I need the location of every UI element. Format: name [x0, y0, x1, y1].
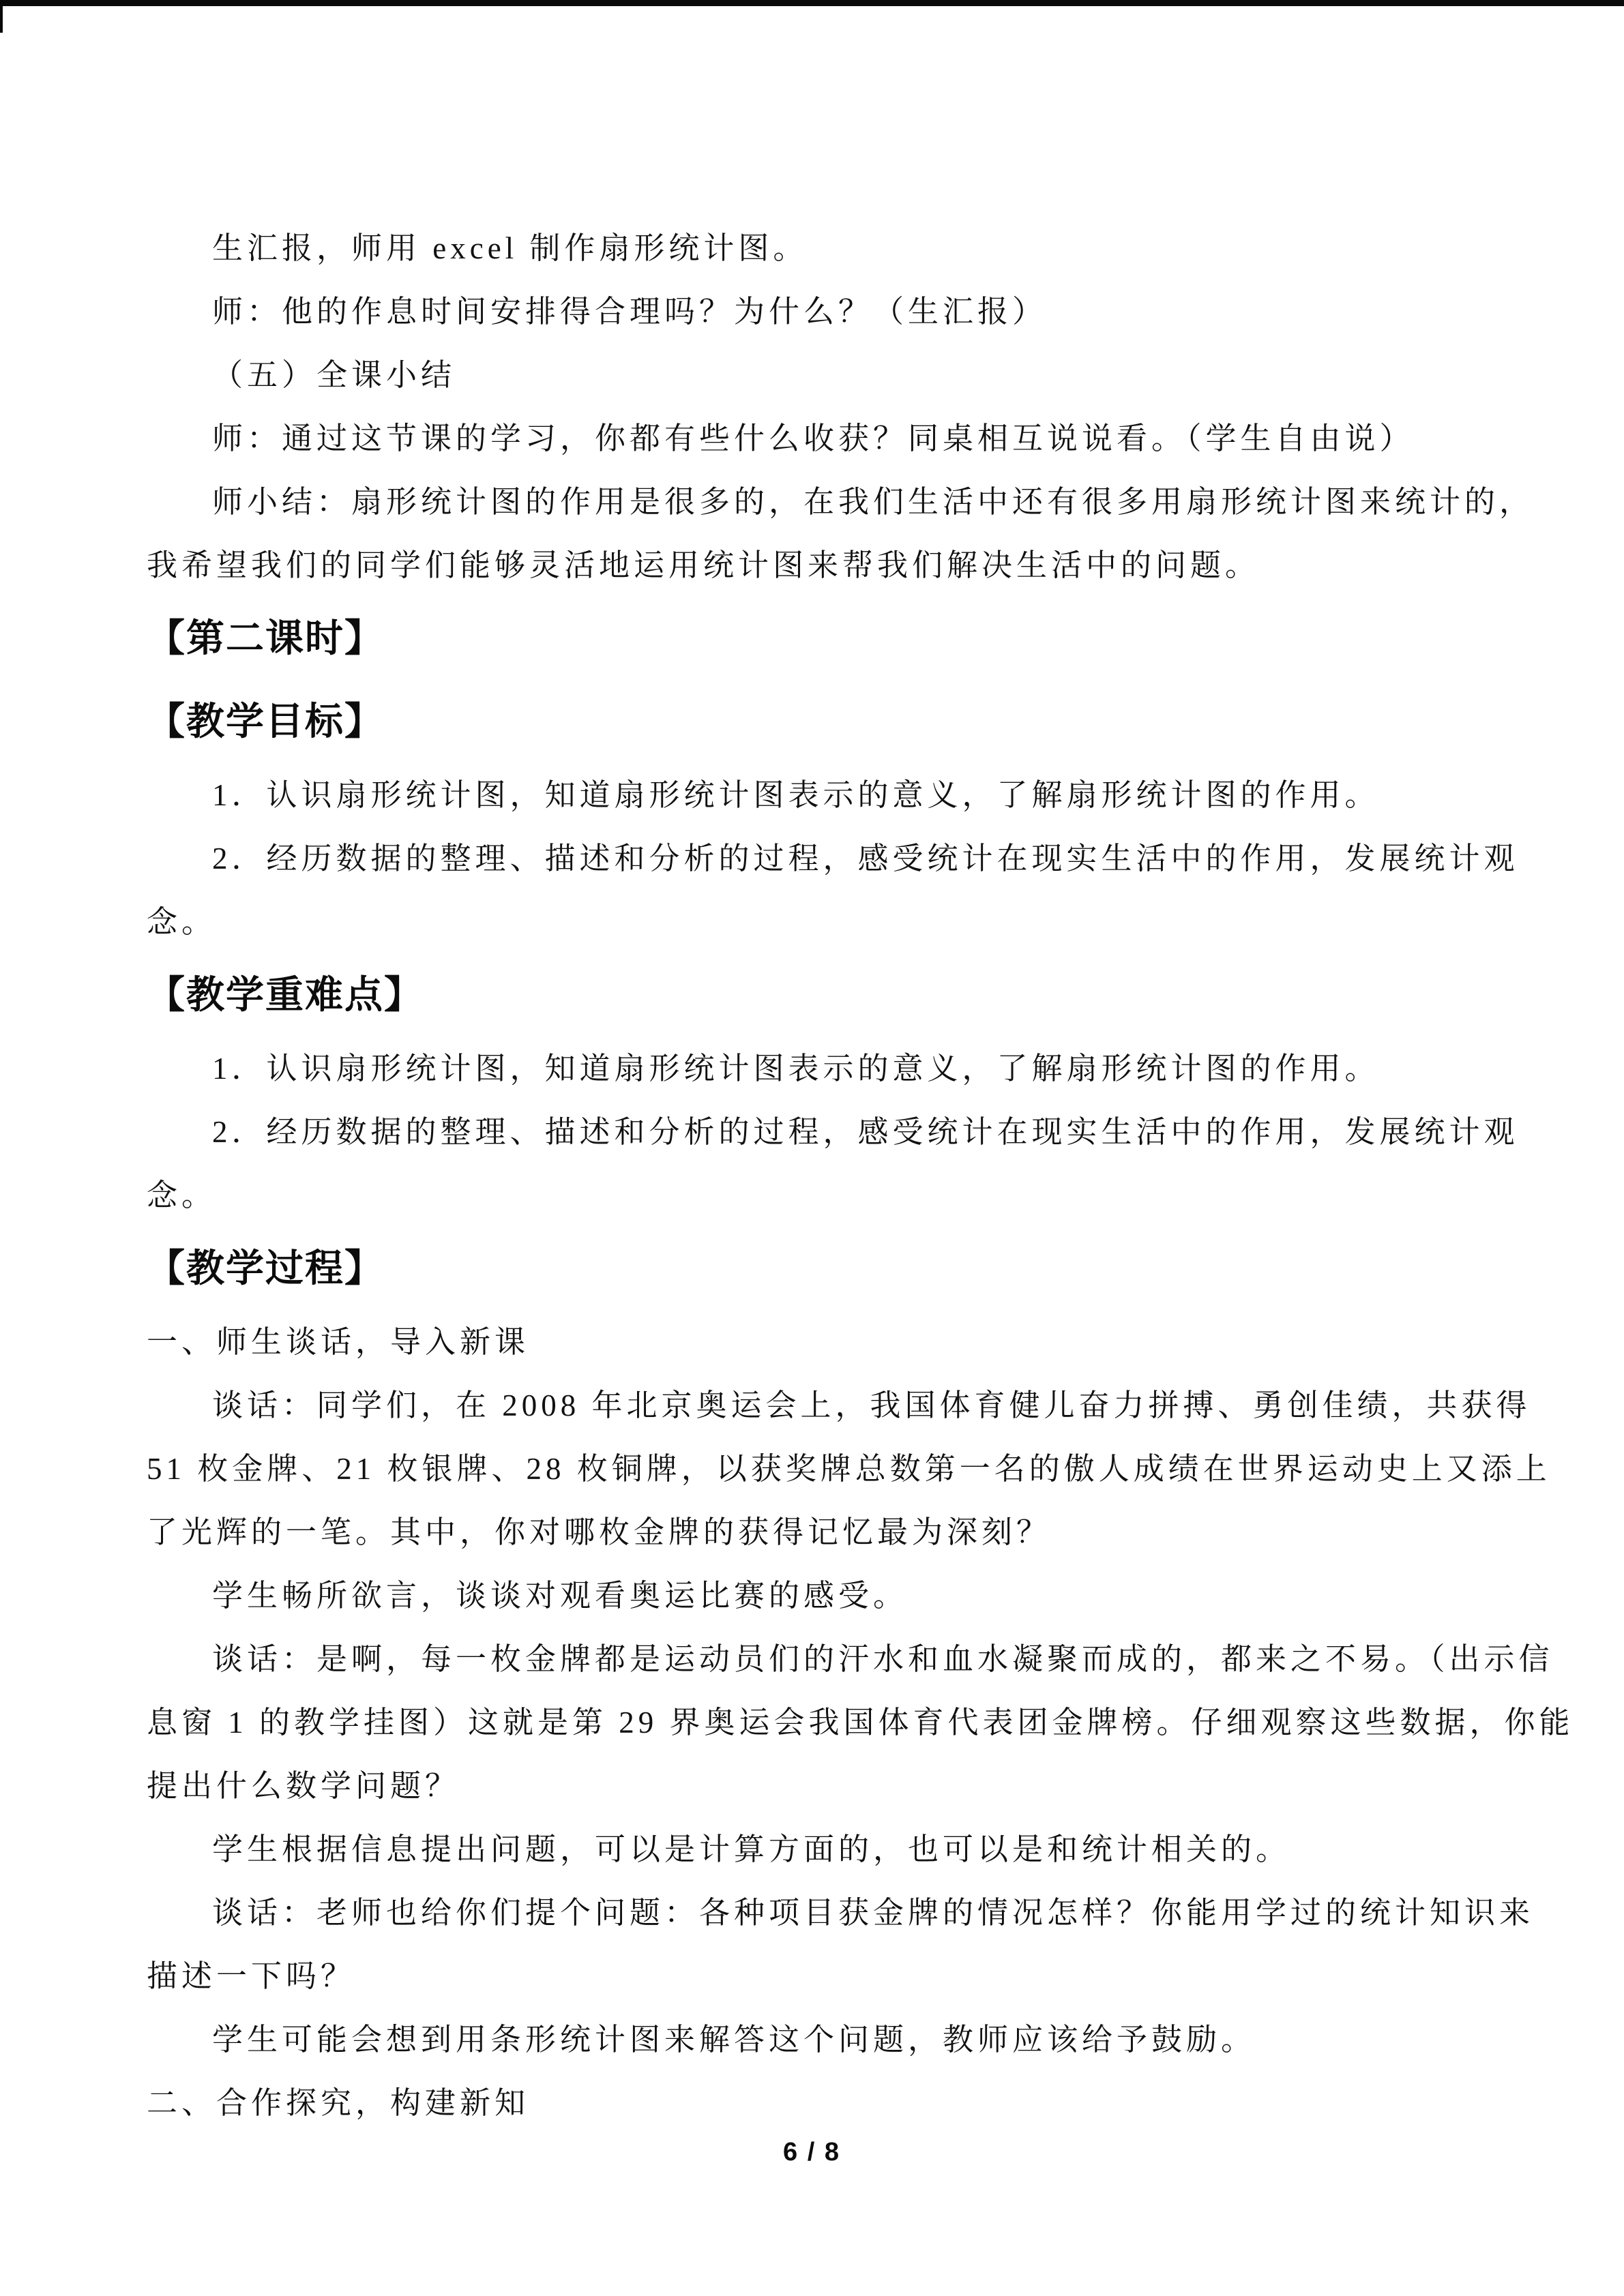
doc-line: 学生畅所欲言，谈谈对观看奥运比赛的感受。: [147, 1564, 1477, 1628]
section-heading: 【教学重难点】: [147, 954, 1477, 1037]
doc-line: 一、师生谈话，导入新课: [147, 1311, 1477, 1374]
page-number: 6 / 8: [147, 2136, 1477, 2168]
doc-line: 我希望我们的同学们能够灵活地运用统计图来帮我们解决生活中的问题。: [147, 534, 1477, 597]
doc-line: 师：他的作息时间安排得合理吗？为什么？（生汇报）: [147, 280, 1477, 344]
section-heading: 【教学过程】: [147, 1227, 1477, 1311]
doc-line: 1．认识扇形统计图，知道扇形统计图表示的意义，了解扇形统计图的作用。: [147, 764, 1477, 827]
doc-line: 师小结：扇形统计图的作用是很多的，在我们生活中还有很多用扇形统计图来统计的，: [147, 471, 1477, 534]
doc-line: 51 枚金牌、21 枚银牌、28 枚铜牌，以获奖牌总数第一名的傲人成绩在世界运动…: [147, 1437, 1477, 1501]
doc-line: 提出什么数学问题？: [147, 1755, 1477, 1818]
doc-line: 2．经历数据的整理、描述和分析的过程，感受统计在现实生活中的作用，发展统计观: [147, 1101, 1477, 1164]
doc-line: 念。: [147, 891, 1477, 954]
doc-line: 谈话：老师也给你们提个问题：各种项目获金牌的情况怎样？你能用学过的统计知识来: [147, 1881, 1477, 1945]
section-heading: 【教学目标】: [147, 681, 1477, 764]
doc-line: 生汇报，师用 excel 制作扇形统计图。: [147, 217, 1477, 280]
document-body: 生汇报，师用 excel 制作扇形统计图。 师：他的作息时间安排得合理吗？为什么…: [0, 0, 1624, 2168]
doc-line: 二、合作探究，构建新知: [147, 2072, 1477, 2135]
doc-line: （五）全课小结: [147, 344, 1477, 407]
doc-line: 谈话：同学们，在 2008 年北京奥运会上，我国体育健儿奋力拼搏、勇创佳绩，共获…: [147, 1374, 1477, 1437]
doc-line: 学生可能会想到用条形统计图来解答这个问题，教师应该给予鼓励。: [147, 2008, 1477, 2072]
doc-line: 师：通过这节课的学习，你都有些什么收获？同桌相互说说看。（学生自由说）: [147, 407, 1477, 471]
doc-line: 息窗 1 的教学挂图）这就是第 29 界奥运会我国体育代表团金牌榜。仔细观察这些…: [147, 1691, 1477, 1755]
doc-line: 学生根据信息提出问题，可以是计算方面的，也可以是和统计相关的。: [147, 1818, 1477, 1881]
doc-line: 描述一下吗？: [147, 1945, 1477, 2008]
document-page: 生汇报，师用 excel 制作扇形统计图。 师：他的作息时间安排得合理吗？为什么…: [0, 0, 1624, 2296]
doc-line: 谈话：是啊，每一枚金牌都是运动员们的汗水和血水凝聚而成的，都来之不易。（出示信: [147, 1628, 1477, 1691]
doc-line: 了光辉的一笔。其中，你对哪枚金牌的获得记忆最为深刻？: [147, 1501, 1477, 1564]
doc-line: 1．认识扇形统计图，知道扇形统计图表示的意义，了解扇形统计图的作用。: [147, 1037, 1477, 1101]
doc-line: 念。: [147, 1164, 1477, 1227]
section-heading: 【第二课时】: [147, 597, 1477, 681]
doc-line: 2．经历数据的整理、描述和分析的过程，感受统计在现实生活中的作用，发展统计观: [147, 827, 1477, 891]
